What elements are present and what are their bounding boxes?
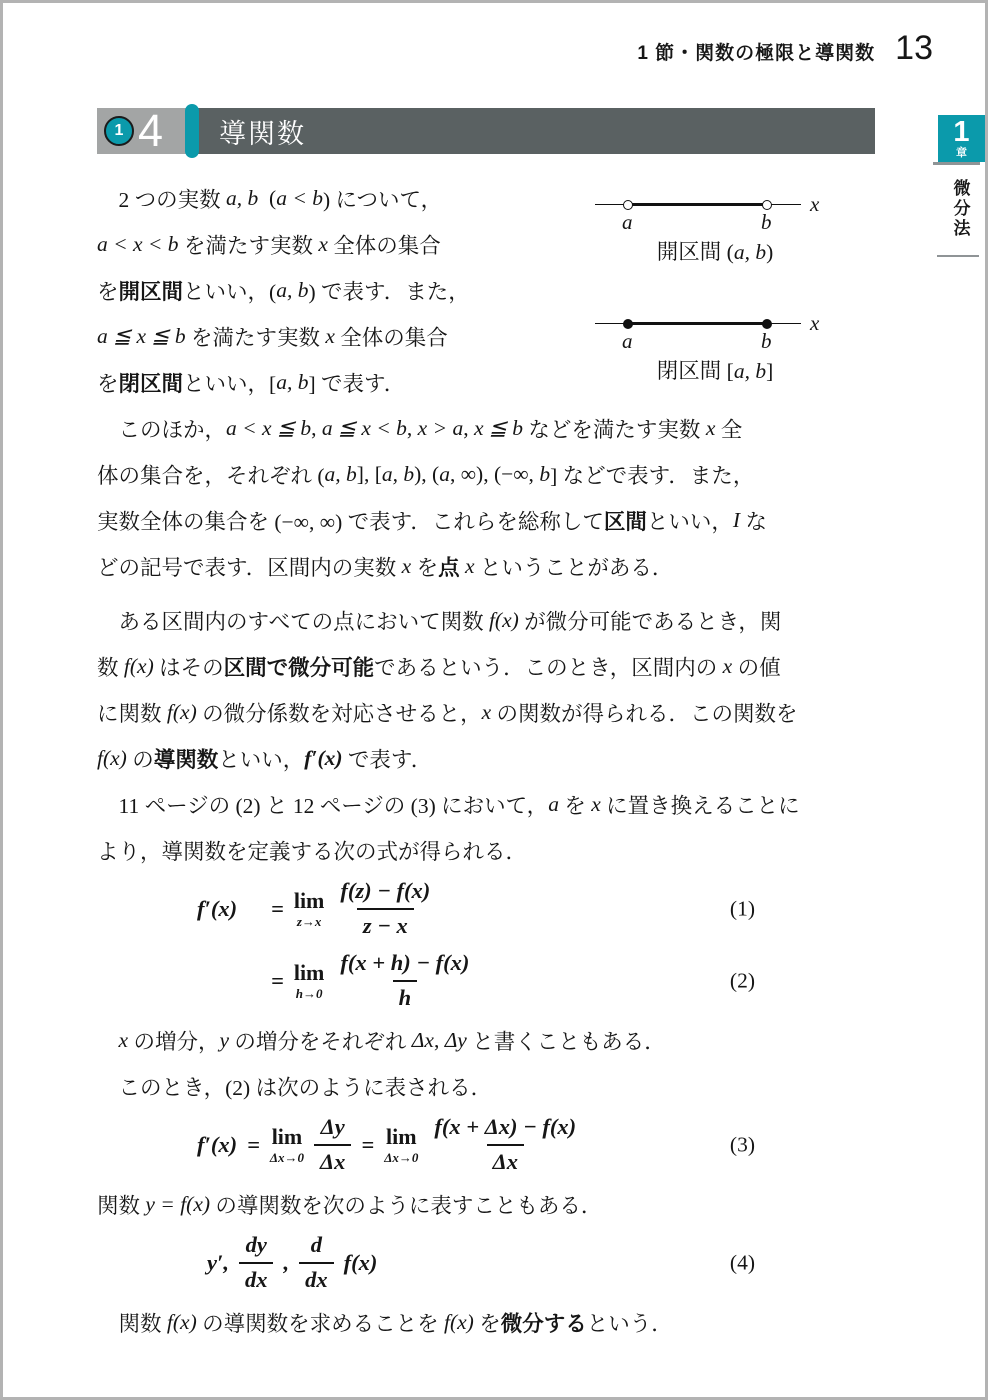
- text-segment: を: [97, 367, 119, 398]
- closed-endpoint-a: [623, 319, 633, 329]
- equation-1: f′(x) = lim z→x f(z) − f(x) z − x (1): [197, 873, 885, 945]
- tab-shadow-line: [933, 162, 980, 165]
- text-segment: 体の集合を，それぞれ (: [97, 459, 325, 490]
- open-interval-diagram: a b x: [595, 191, 835, 223]
- text-segment: といい，(: [183, 275, 276, 306]
- paragraph-differentiate: 関数 f(x) の導関数を求めることを f(x) を微分するという．: [97, 1299, 885, 1345]
- label-b: b: [761, 329, 772, 354]
- text-segment: の微分係数を対応させると，: [197, 697, 482, 728]
- text-segment: ), (: [414, 462, 439, 487]
- eq1-lhs: f′(x): [197, 896, 261, 922]
- text-segment: このとき，(2) は次のように表される．: [97, 1071, 492, 1102]
- limit-operator: lim Δx→0: [270, 1126, 304, 1164]
- text-segment: 関数: [97, 1189, 145, 1220]
- equation-3: f′(x) = lim Δx→0 Δy Δx = lim Δx→0 f(x + …: [197, 1109, 885, 1181]
- lim-subscript: Δx→0: [384, 1151, 418, 1164]
- section-number-box: 1 4: [97, 108, 189, 154]
- text-segment: を満たす実数: [186, 321, 326, 352]
- label-a: a: [622, 329, 633, 354]
- text-line: に関数 f(x) の微分係数を対応させると，x の関数が得られる．この関数を: [97, 689, 885, 735]
- text-segment: 実数全体の集合を (−∞, ∞) で表す．これらを総称して: [97, 505, 604, 536]
- text-segment: どの記号で表す．区間内の実数: [97, 551, 402, 582]
- text-segment: このほか，: [97, 413, 226, 444]
- interval-segment: [628, 322, 767, 325]
- lim-subscript: z→x: [297, 915, 322, 928]
- text-segment: x: [402, 554, 412, 579]
- text-segment: の関数が得られる．この関数を: [491, 697, 797, 728]
- text-line: を閉区間といい，[a, b] で表す．: [97, 359, 575, 405]
- equation-number: (4): [730, 1251, 755, 1276]
- text-segment: を: [411, 551, 438, 582]
- text-segment: x > a: [418, 416, 464, 441]
- text-segment: [97, 1025, 119, 1056]
- text-segment: ] で表す．: [308, 367, 405, 398]
- text-segment: a, b: [325, 462, 357, 487]
- text-segment: a ≦ x < b: [322, 416, 407, 441]
- text-line: f(x) の導関数といい，f′(x) で表す．: [97, 735, 885, 781]
- text-line: x の増分，y の増分をそれぞれ Δx, Δy と書くこともある．: [97, 1017, 885, 1063]
- text-segment: I: [733, 508, 740, 533]
- text-segment: ], [: [357, 462, 382, 487]
- text-line: 関数 f(x) の導関数を求めることを f(x) を微分するという．: [97, 1299, 885, 1345]
- text-segment: を: [97, 275, 119, 306]
- text-segment: x: [119, 1028, 129, 1053]
- text-segment: f′(x): [304, 746, 342, 771]
- text-segment: 全体の集合: [335, 321, 448, 352]
- eq4-comma: ,: [283, 1250, 289, 1276]
- text-segment: 2 つの実数: [97, 183, 226, 214]
- text-segment: a < x ≦ b: [226, 416, 311, 441]
- text-segment: ,: [434, 1028, 445, 1053]
- running-head-section-title: 1 節・関数の極限と導関数: [637, 38, 875, 65]
- text-segment: f(x): [489, 608, 519, 633]
- text-segment: Δx: [412, 1028, 434, 1053]
- equation-group-4: y′, dy dx , d dx f(x) (4): [197, 1227, 885, 1299]
- text-line: より，導関数を定義する次の式が得られる．: [97, 827, 885, 873]
- fraction-denominator: dx: [299, 1262, 334, 1293]
- text-segment: a < x < b: [97, 232, 179, 257]
- text-segment: x ≦ b: [474, 416, 523, 441]
- chapter-side-tab: 1 章 微分法: [935, 115, 985, 257]
- text-segment: 微分する: [501, 1307, 587, 1338]
- text-segment: a: [439, 462, 450, 487]
- fraction-denominator: dx: [239, 1262, 274, 1293]
- fraction-denominator: h: [393, 980, 418, 1011]
- paragraph-interval-notation: このほか，a < x ≦ b, a ≦ x < b, x > a, x ≦ b …: [97, 405, 885, 589]
- eq2-equals: =: [271, 968, 284, 994]
- text-segment: ある区間内のすべての点において関数: [97, 605, 489, 636]
- text-segment: に置き換えることに: [601, 789, 800, 820]
- text-segment: f(x): [124, 654, 154, 679]
- equation-group-1-2: f′(x) = lim z→x f(z) − f(x) z − x (1) = …: [197, 873, 885, 1017]
- paragraph-notation-lead: 関数 y = f(x) の導関数を次のように表すこともある．: [97, 1181, 885, 1227]
- text-line: a ≦ x ≦ b を満たす実数 x 全体の集合: [97, 313, 575, 359]
- text-segment: 導関数: [154, 743, 219, 774]
- page-body: 2 つの実数 a, b (a < b) について，a < x < b を満たす実…: [97, 175, 885, 1345]
- text-segment: 全体の集合: [328, 229, 441, 260]
- text-segment: はその: [154, 651, 224, 682]
- fraction-denominator: z − x: [357, 908, 414, 939]
- text-segment: の増分，: [128, 1025, 219, 1056]
- text-segment: 11 ページの (2) と 12 ページの (3) において，: [97, 789, 548, 820]
- banner-accent-bar: [185, 104, 199, 158]
- equation-4: y′, dy dx , d dx f(x) (4): [207, 1227, 885, 1299]
- text-segment: a, b: [226, 186, 258, 211]
- text-segment: の導関数を次のように表すこともある．: [210, 1189, 602, 1220]
- text-line: 体の集合を，それぞれ (a, b], [a, b), (a, ∞), (−∞, …: [97, 451, 885, 497]
- text-line: ある区間内のすべての点において関数 f(x) が微分可能であるとき，関: [97, 597, 885, 643]
- text-segment: 開区間: [119, 275, 184, 306]
- text-segment: と書くこともある．: [467, 1025, 666, 1056]
- eq3-equals-1: =: [247, 1132, 260, 1158]
- fraction: f(x + h) − f(x) h: [334, 951, 475, 1011]
- open-endpoint-a: [623, 200, 633, 210]
- eq3-lhs: f′(x): [197, 1132, 237, 1158]
- text-segment: 点: [438, 551, 460, 582]
- fraction-numerator: f(z) − f(x): [334, 879, 436, 908]
- text-segment: a ≦ x ≦ b: [97, 324, 186, 349]
- text-segment: を満たす実数: [179, 229, 319, 260]
- tab-divider-line: [937, 255, 979, 257]
- text-segment: ということがある．: [475, 551, 674, 582]
- text-segment: x: [318, 232, 328, 257]
- equation-number: (3): [730, 1133, 755, 1158]
- text-segment: a: [548, 792, 559, 817]
- text-segment: a, b: [734, 359, 766, 383]
- text-segment: x: [482, 700, 492, 725]
- text-segment: の: [127, 743, 154, 774]
- text-segment: を: [559, 789, 591, 820]
- text-segment: a < b: [276, 186, 323, 211]
- limit-operator: lim z→x: [294, 890, 325, 928]
- text-line: 11 ページの (2) と 12 ページの (3) において，a を x に置き…: [97, 781, 885, 827]
- text-line: このほか，a < x ≦ b, a ≦ x < b, x > a, x ≦ b …: [97, 405, 885, 451]
- text-segment: より，導関数を定義する次の式が得られる．: [97, 835, 527, 866]
- text-line: 数 f(x) はその区間で微分可能であるという．このとき，区間内の x の値: [97, 643, 885, 689]
- lim-word: lim: [272, 1126, 303, 1148]
- fraction-numerator: Δy: [315, 1115, 351, 1144]
- limit-operator: lim h→0: [294, 962, 325, 1000]
- chapter-tab-suffix: 章: [956, 148, 967, 159]
- text-segment: 数: [97, 651, 124, 682]
- text-segment: 開区間 (: [657, 240, 734, 264]
- lim-word: lim: [294, 890, 325, 912]
- text-segment: (: [258, 186, 276, 211]
- text-segment: といい，[: [183, 367, 276, 398]
- limit-operator: lim Δx→0: [384, 1126, 418, 1164]
- text-segment: ) で表す．また，: [308, 275, 469, 306]
- text-segment: ,: [311, 416, 322, 441]
- text-segment: の導関数を求めることを: [197, 1307, 444, 1338]
- chapter-vertical-title: 微分法: [948, 179, 973, 239]
- text-segment: x: [706, 416, 716, 441]
- fraction-denominator: Δx: [314, 1144, 351, 1175]
- text-segment: ] などで表す．また，: [550, 459, 754, 490]
- text-segment: を: [474, 1307, 501, 1338]
- eq3-equals-2: =: [361, 1132, 374, 1158]
- text-segment: a, b: [382, 462, 414, 487]
- equation-group-3: f′(x) = lim Δx→0 Δy Δx = lim Δx→0 f(x + …: [197, 1109, 885, 1181]
- chapter-tab-box: 1 章: [938, 115, 985, 162]
- chapter-badge: 1: [104, 116, 134, 146]
- equation-number: (2): [730, 969, 755, 994]
- paragraph-increments: x の増分，y の増分をそれぞれ Δx, Δy と書くこともある． このとき，(…: [97, 1017, 885, 1109]
- text-segment: Δy: [445, 1028, 467, 1053]
- text-line: どの記号で表す．区間内の実数 x を点 x ということがある．: [97, 543, 885, 589]
- text-segment: x: [465, 554, 475, 579]
- equation-2: = lim h→0 f(x + h) − f(x) h (2): [197, 945, 885, 1017]
- page-number: 13: [895, 29, 933, 68]
- text-line: を開区間といい，(a, b) で表す．また，: [97, 267, 575, 313]
- text-segment: といい，: [218, 743, 304, 774]
- text-segment: f(x): [167, 1310, 197, 1335]
- eq4-fx: f(x): [344, 1250, 378, 1276]
- text-line: 2 つの実数 a, b (a < b) について，: [97, 175, 575, 221]
- fraction: Δy Δx: [314, 1115, 351, 1175]
- text-segment: の増分をそれぞれ: [229, 1025, 412, 1056]
- text-segment: y: [219, 1028, 229, 1053]
- running-head: 1 節・関数の極限と導関数 13: [637, 29, 933, 68]
- text-segment: ): [766, 240, 773, 264]
- lim-word: lim: [386, 1126, 417, 1148]
- lim-subscript: Δx→0: [270, 1151, 304, 1164]
- text-segment: といい，: [647, 505, 733, 536]
- text-segment: ) について，: [323, 183, 442, 214]
- text-segment: f(x): [97, 746, 127, 771]
- section-title: 導関数: [219, 112, 306, 151]
- textbook-page: 1 節・関数の極限と導関数 13 1 4 導関数 1 章 微分法 2 つの実数 …: [0, 0, 988, 1400]
- text-segment: a, b: [276, 278, 308, 303]
- figure-gap: [595, 266, 885, 310]
- fraction: f(x + Δx) − f(x) Δx: [428, 1115, 582, 1175]
- text-segment: 閉区間: [119, 367, 184, 398]
- text-segment: 区間: [604, 505, 647, 536]
- text-segment: に関数: [97, 697, 167, 728]
- paragraph-definition-lead: 11 ページの (2) と 12 ページの (3) において，a を x に置き…: [97, 781, 885, 873]
- lim-word: lim: [294, 962, 325, 984]
- text-segment: な: [740, 505, 767, 536]
- closed-interval-diagram: a b x: [595, 310, 835, 342]
- label-b: b: [761, 210, 772, 235]
- text-segment: で表す．: [343, 743, 433, 774]
- equation-number: (1): [730, 897, 755, 922]
- axis-label-x: x: [810, 311, 819, 336]
- text-segment: 関数: [97, 1307, 167, 1338]
- chapter-tab-number: 1: [953, 118, 969, 147]
- text-segment: などを満たす実数: [523, 413, 706, 444]
- text-segment: という．: [587, 1307, 673, 1338]
- fraction: d dx: [299, 1233, 334, 1293]
- text-segment: 全: [715, 413, 742, 444]
- fraction-numerator: f(x + h) − f(x): [334, 951, 475, 980]
- section-banner: 1 4 導関数: [97, 108, 875, 154]
- text-line: このとき，(2) は次のように表される．: [97, 1063, 885, 1109]
- section-number: 4: [138, 105, 163, 157]
- section-title-box: 導関数: [189, 108, 875, 154]
- text-segment: a, b: [276, 370, 308, 395]
- text-segment: 区間で微分可能: [224, 651, 375, 682]
- text-segment: x: [591, 792, 601, 817]
- text-segment: の値: [732, 651, 780, 682]
- text-segment: ,: [463, 416, 474, 441]
- text-line: 関数 y = f(x) の導関数を次のように表すこともある．: [97, 1181, 885, 1227]
- text-segment: , ∞), (−∞,: [450, 462, 539, 487]
- fraction: f(z) − f(x) z − x: [334, 879, 436, 939]
- eq1-equals: =: [271, 896, 284, 922]
- text-segment: が微分可能であるとき，関: [519, 605, 782, 636]
- lim-subscript: h→0: [296, 987, 323, 1000]
- interval-segment: [628, 203, 767, 206]
- label-a: a: [622, 210, 633, 235]
- open-endpoint-b: [762, 200, 772, 210]
- open-interval-caption: 開区間 (a, b): [595, 235, 835, 266]
- text-line: 実数全体の集合を (−∞, ∞) で表す．これらを総称して区間といい，I な: [97, 497, 885, 543]
- text-segment: f(x): [167, 700, 197, 725]
- intro-block: 2 つの実数 a, b (a < b) について，a < x < b を満たす実…: [97, 175, 885, 405]
- text-segment: a, b: [734, 240, 766, 264]
- fraction: dy dx: [239, 1233, 274, 1293]
- paragraph-differentiable: ある区間内のすべての点において関数 f(x) が微分可能であるとき，関数 f(x…: [97, 597, 885, 781]
- closed-endpoint-b: [762, 319, 772, 329]
- text-segment: であるという．このとき，区間内の: [374, 651, 723, 682]
- fraction-numerator: f(x + Δx) − f(x): [428, 1115, 582, 1144]
- text-segment: x: [723, 654, 733, 679]
- eq4-y-prime: y′,: [207, 1250, 229, 1276]
- text-segment: ]: [766, 359, 773, 383]
- text-line: a < x < b を満たす実数 x 全体の集合: [97, 221, 575, 267]
- fraction-denominator: Δx: [487, 1144, 524, 1175]
- fraction-numerator: d: [305, 1233, 328, 1262]
- text-segment: x: [325, 324, 335, 349]
- text-segment: y = f(x): [145, 1192, 210, 1217]
- axis-label-x: x: [810, 192, 819, 217]
- text-segment: b: [539, 462, 550, 487]
- text-segment: 閉区間 [: [657, 359, 734, 383]
- closed-interval-caption: 閉区間 [a, b]: [595, 354, 835, 385]
- text-segment: f(x): [444, 1310, 474, 1335]
- fraction-numerator: dy: [240, 1233, 273, 1262]
- paragraph-intervals: 2 つの実数 a, b (a < b) について，a < x < b を満たす実…: [97, 175, 575, 405]
- interval-figure: a b x 開区間 (a, b) a b x 閉区間 [a, b]: [575, 175, 885, 405]
- text-segment: ,: [407, 416, 418, 441]
